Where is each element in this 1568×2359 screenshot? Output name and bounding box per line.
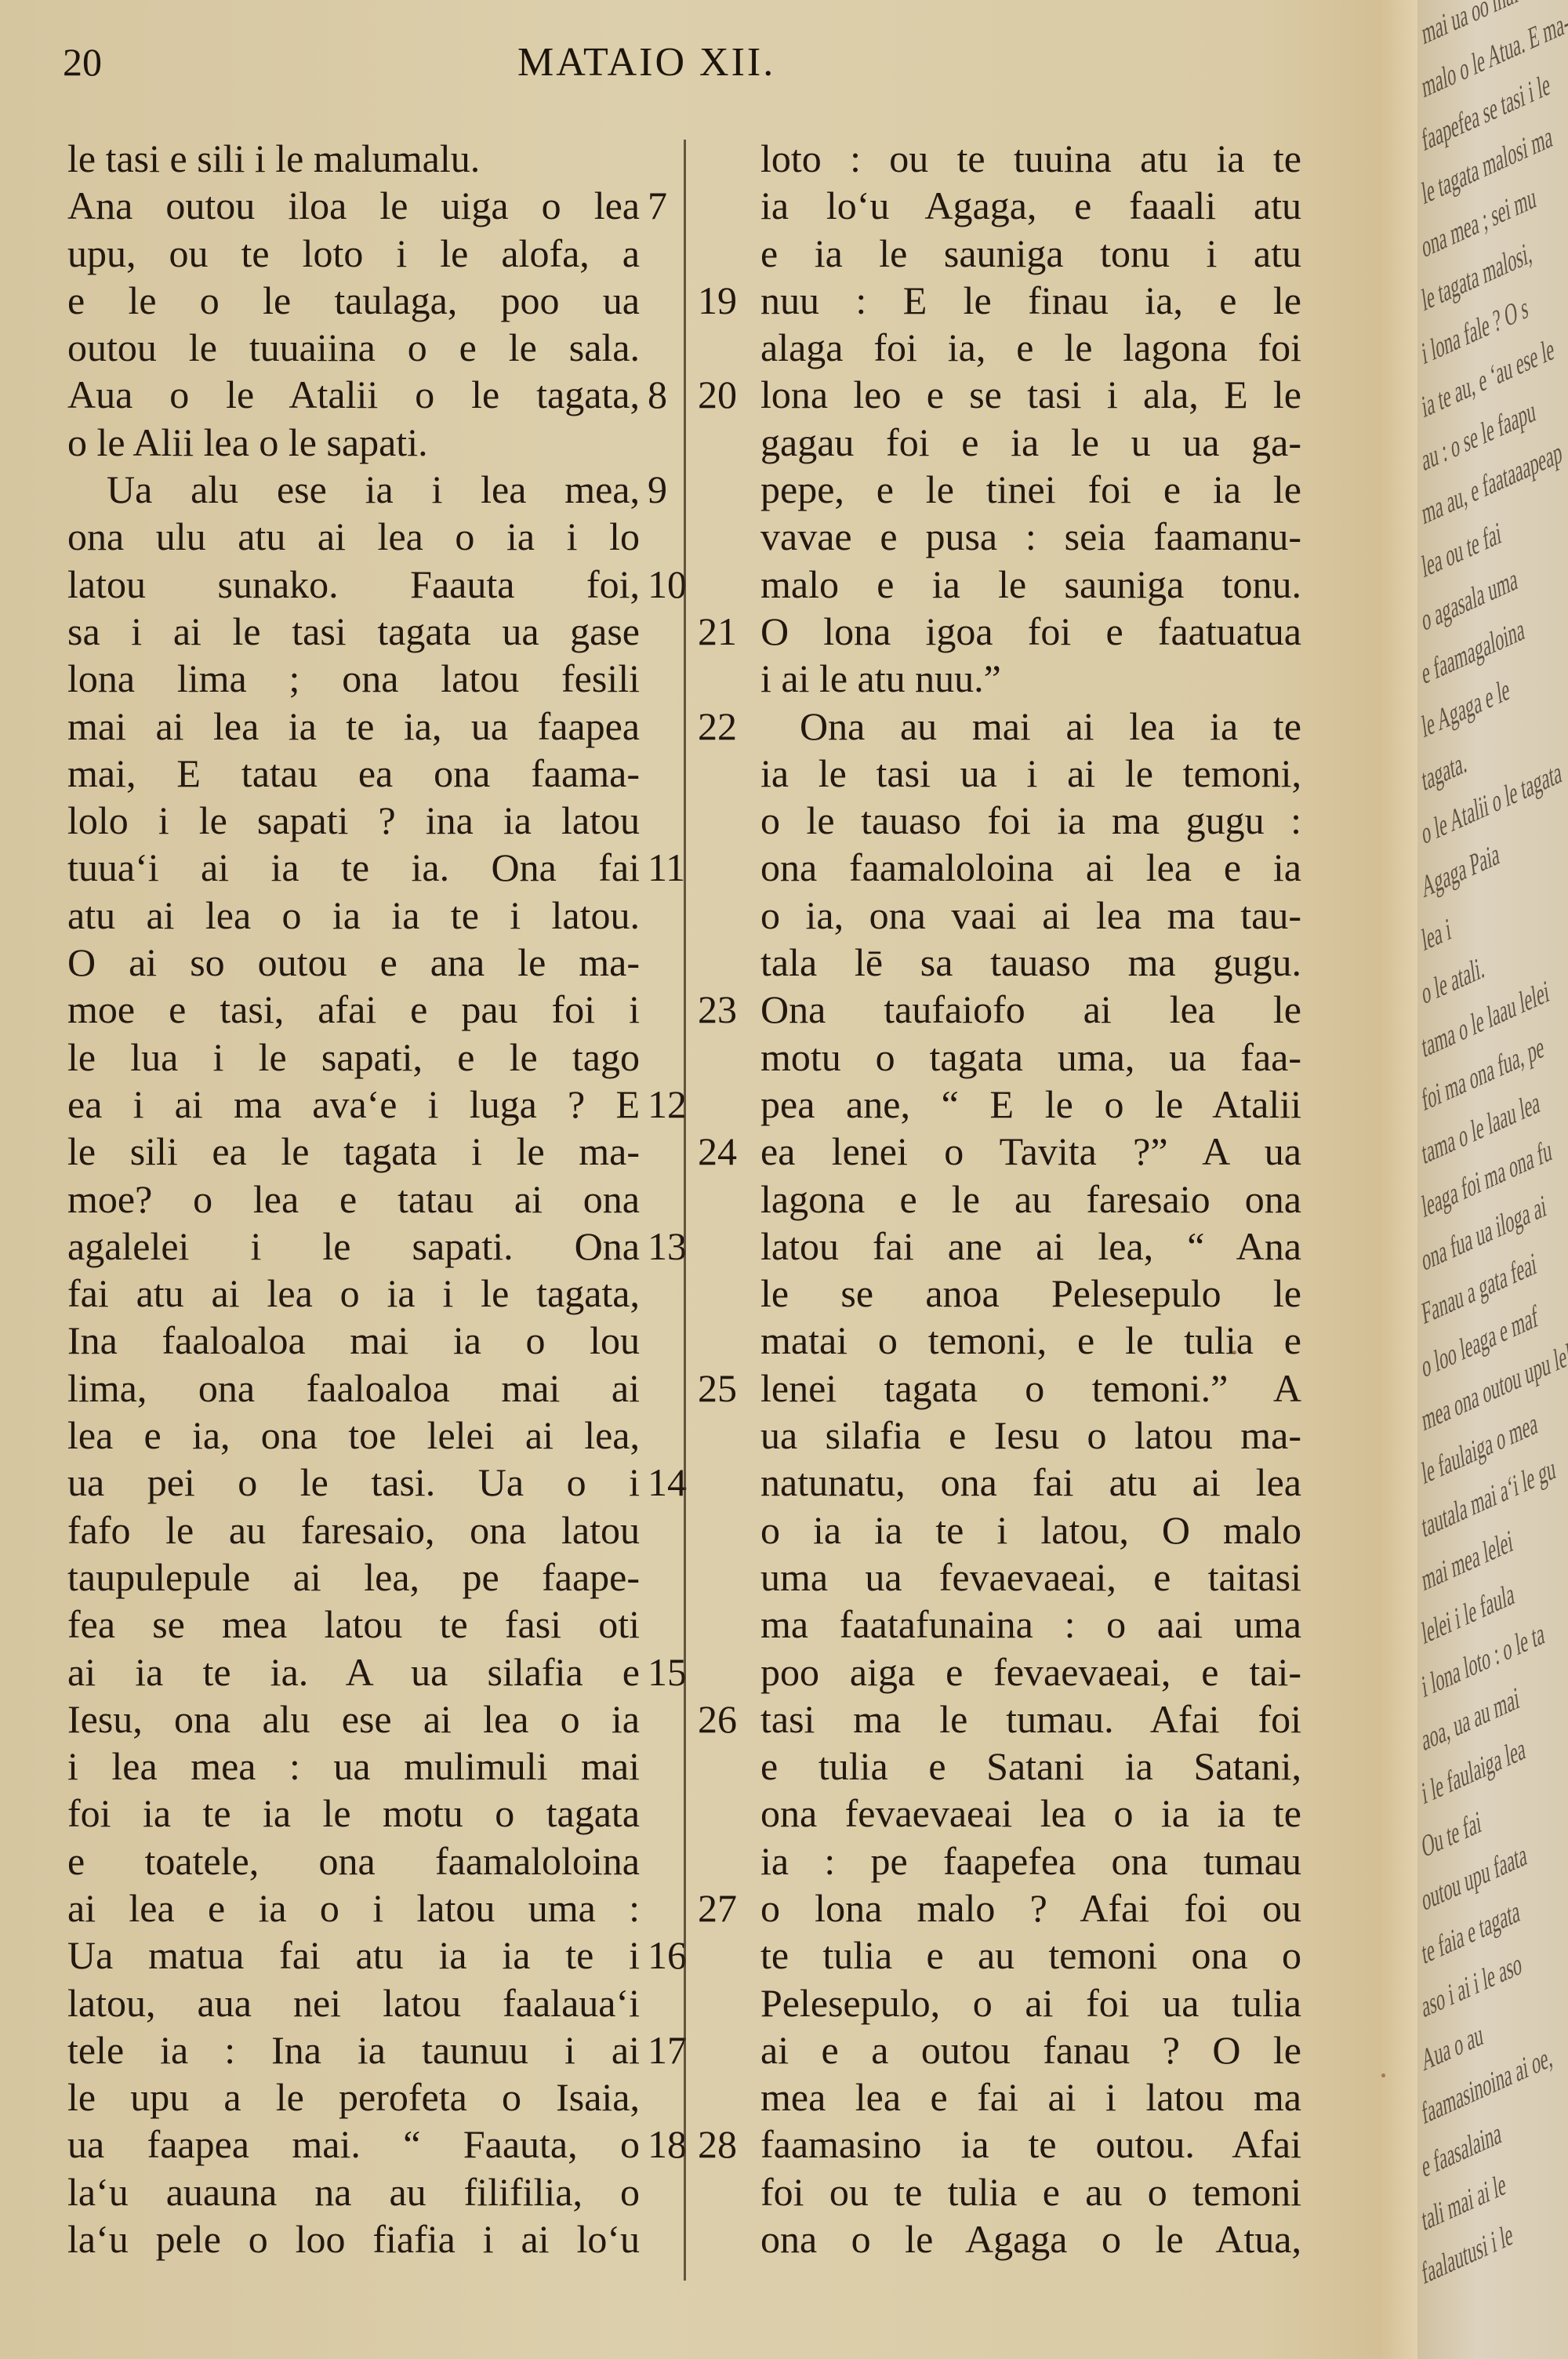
- scanned-page: 20 MATAIO XII. le tasi e sili i le malum…: [0, 0, 1568, 2359]
- line-text: tala lē sa tauaso ma gugu.: [760, 939, 1301, 986]
- text-line: le sili ea le tagata i le ma-: [67, 1128, 640, 1175]
- text-line: ia : pe faapefea ona tumau: [698, 1837, 1301, 1885]
- line-text: i lea mea : ua mulimuli mai: [67, 1743, 640, 1790]
- line-text: natunatu, ona fai atu ai lea: [760, 1459, 1301, 1506]
- text-line: ona ulu atu ai lea o ia i lo: [67, 513, 640, 560]
- text-line: loto : ou te tuuina atu ia te: [698, 135, 1301, 182]
- page-header: 20 MATAIO XII.: [63, 31, 1333, 94]
- line-text: malo e ia le sauniga tonu.: [760, 561, 1301, 608]
- text-line: ona o le Agaga o le Atua,: [698, 2215, 1301, 2263]
- line-text: fafo le au faresaio, ona latou: [67, 1507, 640, 1554]
- line-text: lagona e le au faresaio ona: [760, 1176, 1301, 1223]
- verse-number: 28: [698, 2121, 737, 2168]
- line-text: ia le tasi ua i ai le temoni,: [760, 750, 1301, 797]
- text-line: moe? o lea e tatau ai ona: [67, 1176, 640, 1223]
- line-text: le lua i le sapati, e le tago: [67, 1034, 640, 1081]
- line-text: e ia le sauniga tonu i atu: [760, 230, 1301, 277]
- verse-number: 13: [648, 1223, 687, 1270]
- line-text: pea ane, “ E le o le Atalii: [760, 1081, 1301, 1128]
- line-text: mai ai lea ia te ia, ua faapea: [67, 703, 640, 750]
- text-line: O ai so outou e ana le ma-: [67, 939, 640, 986]
- text-line: lona leo e se tasi i ala, E le20: [698, 371, 1301, 418]
- line-text: o le tauaso foi ia ma gugu :: [760, 797, 1301, 844]
- text-line: ona faamaloloina ai lea e ia: [698, 844, 1301, 891]
- verse-number: 18: [648, 2121, 687, 2168]
- line-text: pepe, e le tinei foi e ia le: [760, 466, 1301, 513]
- text-line: i ai le atu nuu.”: [698, 655, 1301, 702]
- line-text: le se anoa Pelesepulo le: [760, 1270, 1301, 1317]
- text-line: alaga foi ia, e le lagona foi: [698, 324, 1301, 371]
- verse-number: 21: [698, 608, 737, 655]
- facing-page-line: lea i: [1420, 910, 1453, 958]
- line-text: nuu : E le finau ia, e le: [760, 277, 1301, 324]
- text-line: le tasi e sili i le malumalu.: [67, 135, 640, 182]
- verse-number: 19: [698, 277, 737, 324]
- verse-number: 26: [698, 1696, 737, 1743]
- line-text: Ona au mai ai lea ia te: [760, 703, 1301, 750]
- line-text: outou le tuuaiina o e le sala.: [67, 324, 640, 371]
- line-text: la‘u pele o loo fiafia i ai lo‘u: [67, 2215, 640, 2263]
- text-line: la‘u pele o loo fiafia i ai lo‘u: [67, 2215, 640, 2263]
- text-line: fea se mea latou te fasi oti: [67, 1601, 640, 1648]
- line-text: o ia ia te i latou, O malo: [760, 1507, 1301, 1554]
- ink-speck: [1381, 2074, 1385, 2077]
- book-page: 20 MATAIO XII. le tasi e sili i le malum…: [0, 0, 1411, 2359]
- line-text: ona ulu atu ai lea o ia i lo: [67, 513, 640, 560]
- text-line: ai e a outou fanau ? O le: [698, 2026, 1301, 2074]
- text-line: tele ia : Ina ia taunuu i ai17: [67, 2026, 640, 2074]
- line-text: matai o temoni, e le tulia e: [760, 1317, 1301, 1364]
- text-line: le upu a le perofeta o Isaia,: [67, 2074, 640, 2121]
- text-line: la‘u auauna na au filifilia, o: [67, 2168, 640, 2215]
- line-text: foi ia te ia le motu o tagata: [67, 1790, 640, 1837]
- line-text: Pelesepulo, o ai foi ua tulia: [760, 1979, 1301, 2026]
- text-line: upu, ou te loto i le alofa, a: [67, 230, 640, 277]
- line-text: vavae e pusa : seia faamanu-: [760, 513, 1301, 560]
- line-text: ai e a outou fanau ? O le: [760, 2026, 1301, 2074]
- line-text: e tulia e Satani ia Satani,: [760, 1743, 1301, 1790]
- text-line: latou, aua nei latou faalaua‘i: [67, 1979, 640, 2026]
- line-text: o ia, ona vaai ai lea ma tau-: [760, 892, 1301, 939]
- text-line: nuu : E le finau ia, e le19: [698, 277, 1301, 324]
- line-text: ia lo‘u Agaga, e faaali atu: [760, 182, 1301, 229]
- line-text: sa i ai le tasi tagata ua gase: [67, 608, 640, 655]
- text-line: ona fevaevaeai lea o ia ia te: [698, 1790, 1301, 1837]
- text-line: uma ua fevaevaeai, e taitasi: [698, 1554, 1301, 1601]
- line-text: lima, ona faaloaloa mai ai: [67, 1365, 640, 1412]
- line-text: ea i ai ma ava‘e i luga ? E: [67, 1081, 640, 1128]
- page-number: 20: [63, 39, 102, 85]
- text-line: Ona au mai ai lea ia te22: [698, 703, 1301, 750]
- line-text: Ana outou iloa le uiga o lea: [67, 182, 640, 229]
- text-line: o le tauaso foi ia ma gugu :: [698, 797, 1301, 844]
- line-text: mea lea e fai ai i latou ma: [760, 2074, 1301, 2121]
- text-line: ai ia te ia. A ua silafia e15: [67, 1648, 640, 1696]
- verse-number: 20: [698, 371, 737, 418]
- line-text: loto : ou te tuuina atu ia te: [760, 135, 1301, 182]
- verse-number: 22: [698, 703, 737, 750]
- verse-number: 14: [648, 1459, 687, 1506]
- verse-number: 15: [648, 1648, 687, 1696]
- facing-page-line: Aua o au: [1420, 2016, 1485, 2079]
- line-text: Ona taufaiofo ai lea le: [760, 986, 1301, 1033]
- text-line: Ona taufaiofo ai lea le23: [698, 986, 1301, 1033]
- text-line: natunatu, ona fai atu ai lea: [698, 1459, 1301, 1506]
- verse-number: 25: [698, 1365, 737, 1412]
- verse-number: 11: [648, 844, 685, 891]
- text-line: e le o le taulaga, poo ua: [67, 277, 640, 324]
- text-line: e toatele, ona faamaloloina: [67, 1837, 640, 1885]
- line-text: alaga foi ia, e le lagona foi: [760, 324, 1301, 371]
- line-text: mai, E tatau ea ona faama-: [67, 750, 640, 797]
- verse-number: 16: [648, 1932, 687, 1979]
- text-line: mea lea e fai ai i latou ma: [698, 2074, 1301, 2121]
- text-line: Ua alu ese ia i lea mea,9: [67, 466, 640, 513]
- text-line: taupulepule ai lea, pe faape-: [67, 1554, 640, 1601]
- text-line: lona lima ; ona latou fesili: [67, 655, 640, 702]
- line-text: lona lima ; ona latou fesili: [67, 655, 640, 702]
- text-line: ea lenei o Tavita ?” A ua24: [698, 1128, 1301, 1175]
- line-text: latou fai ane ai lea, “ Ana: [760, 1223, 1301, 1270]
- text-line: tala lē sa tauaso ma gugu.: [698, 939, 1301, 986]
- text-line: ma faatafunaina : o aai uma: [698, 1601, 1301, 1648]
- text-line: Pelesepulo, o ai foi ua tulia: [698, 1979, 1301, 2026]
- line-text: ua faapea mai. “ Faauta, o: [67, 2121, 640, 2168]
- left-text-column: le tasi e sili i le malumalu.Ana outou i…: [67, 135, 640, 2263]
- line-text: ua pei o le tasi. Ua o i: [67, 1459, 640, 1506]
- line-text: agalelei i le sapati. Ona: [67, 1223, 640, 1270]
- text-line: atu ai lea o ia ia te i latou.: [67, 892, 640, 939]
- running-title: MATAIO XII.: [517, 39, 775, 85]
- text-line: pea ane, “ E le o le Atalii: [698, 1081, 1301, 1128]
- facing-page-edge: mai ua oo mai ia te oumalo o le Atua. E …: [1417, 0, 1568, 2359]
- text-line: e tulia e Satani ia Satani,: [698, 1743, 1301, 1790]
- verse-number: 24: [698, 1128, 737, 1175]
- text-line: le lua i le sapati, e le tago: [67, 1034, 640, 1081]
- text-line: latou fai ane ai lea, “ Ana: [698, 1223, 1301, 1270]
- line-text: lolo i le sapati ? ina ia latou: [67, 797, 640, 844]
- line-text: o le Alii lea o le sapati.: [67, 419, 640, 466]
- text-line: agalelei i le sapati. Ona13: [67, 1223, 640, 1270]
- line-text: ona o le Agaga o le Atua,: [760, 2215, 1301, 2263]
- text-line: ua faapea mai. “ Faauta, o18: [67, 2121, 640, 2168]
- text-line: lolo i le sapati ? ina ia latou: [67, 797, 640, 844]
- line-text: O lona igoa foi e faatuatua: [760, 608, 1301, 655]
- line-text: moe? o lea e tatau ai ona: [67, 1176, 640, 1223]
- text-line: vavae e pusa : seia faamanu-: [698, 513, 1301, 560]
- line-text: poo aiga e fevaevaeai, e tai-: [760, 1648, 1301, 1696]
- line-text: O ai so outou e ana le ma-: [67, 939, 640, 986]
- line-text: atu ai lea o ia ia te i latou.: [67, 892, 640, 939]
- verse-number: 9: [648, 466, 667, 513]
- line-text: moe e tasi, afai e pau foi i: [67, 986, 640, 1033]
- line-text: fea se mea latou te fasi oti: [67, 1601, 640, 1648]
- line-text: e le o le taulaga, poo ua: [67, 277, 640, 324]
- text-line: outou le tuuaiina o e le sala.: [67, 324, 640, 371]
- line-text: gagau foi e ia le u ua ga-: [760, 419, 1301, 466]
- verse-number: 27: [698, 1885, 737, 1932]
- text-line: o ia ia te i latou, O malo: [698, 1507, 1301, 1554]
- text-line: foi ia te ia le motu o tagata: [67, 1790, 640, 1837]
- text-line: ia lo‘u Agaga, e faaali atu: [698, 182, 1301, 229]
- line-text: ona fevaevaeai lea o ia ia te: [760, 1790, 1301, 1837]
- line-text: le sili ea le tagata i le ma-: [67, 1128, 640, 1175]
- line-text: fai atu ai lea o ia i le tagata,: [67, 1270, 640, 1317]
- text-line: tuua‘i ai ia te ia. Ona fai11: [67, 844, 640, 891]
- line-text: ma faatafunaina : o aai uma: [760, 1601, 1301, 1648]
- text-line: ea i ai ma ava‘e i luga ? E12: [67, 1081, 640, 1128]
- text-line: ai lea e ia o i latou uma :: [67, 1885, 640, 1932]
- line-text: upu, ou te loto i le alofa, a: [67, 230, 640, 277]
- line-text: ia : pe faapefea ona tumau: [760, 1837, 1301, 1885]
- line-text: motu o tagata uma, ua faa-: [760, 1034, 1301, 1081]
- text-line: lima, ona faaloaloa mai ai: [67, 1365, 640, 1412]
- text-line: mai ai lea ia te ia, ua faapea: [67, 703, 640, 750]
- line-text: latou, aua nei latou faalaua‘i: [67, 1979, 640, 2026]
- facing-page-line: o le atali.: [1420, 948, 1486, 1012]
- line-text: o lona malo ? Afai foi ou: [760, 1885, 1301, 1932]
- text-line: malo e ia le sauniga tonu.: [698, 561, 1301, 608]
- text-line: pepe, e le tinei foi e ia le: [698, 466, 1301, 513]
- verse-number: 17: [648, 2026, 687, 2074]
- line-text: lea e ia, ona toe lelei ai lea,: [67, 1412, 640, 1459]
- text-line: foi ou te tulia e au o temoni: [698, 2168, 1301, 2215]
- text-line: moe e tasi, afai e pau foi i: [67, 986, 640, 1033]
- text-line: i lea mea : ua mulimuli mai: [67, 1743, 640, 1790]
- text-line: te tulia e au temoni ona o: [698, 1932, 1301, 1979]
- verse-number: 7: [648, 182, 667, 229]
- column-divider: [684, 140, 686, 2281]
- ink-speck: [1232, 1350, 1236, 1354]
- facing-page-line: Ou te fai: [1420, 1803, 1483, 1865]
- line-text: Ua alu ese ia i lea mea,: [67, 466, 640, 513]
- text-line: lea e ia, ona toe lelei ai lea,: [67, 1412, 640, 1459]
- text-line: gagau foi e ia le u ua ga-: [698, 419, 1301, 466]
- line-text: Aua o le Atalii o le tagata,: [67, 371, 640, 418]
- verse-number: 8: [648, 371, 667, 418]
- text-line: lagona e le au faresaio ona: [698, 1176, 1301, 1223]
- text-line: O lona igoa foi e faatuatua21: [698, 608, 1301, 655]
- text-line: matai o temoni, e le tulia e: [698, 1317, 1301, 1364]
- text-line: lenei tagata o temoni.” A25: [698, 1365, 1301, 1412]
- text-line: ua silafia e Iesu o latou ma-: [698, 1412, 1301, 1459]
- verse-number: 10: [648, 561, 687, 608]
- line-text: ai ia te ia. A ua silafia e: [67, 1648, 640, 1696]
- line-text: Ina faaloaloa mai ia o lou: [67, 1317, 640, 1364]
- text-line: sa i ai le tasi tagata ua gase: [67, 608, 640, 655]
- text-line: fafo le au faresaio, ona latou: [67, 1507, 640, 1554]
- text-line: ua pei o le tasi. Ua o i14: [67, 1459, 640, 1506]
- line-text: te tulia e au temoni ona o: [760, 1932, 1301, 1979]
- text-line: ia le tasi ua i ai le temoni,: [698, 750, 1301, 797]
- line-text: foi ou te tulia e au o temoni: [760, 2168, 1301, 2215]
- text-line: motu o tagata uma, ua faa-: [698, 1034, 1301, 1081]
- text-line: latou sunako. Faauta foi,10: [67, 561, 640, 608]
- text-line: mai, E tatau ea ona faama-: [67, 750, 640, 797]
- line-text: Iesu, ona alu ese ai lea o ia: [67, 1696, 640, 1743]
- text-line: Iesu, ona alu ese ai lea o ia: [67, 1696, 640, 1743]
- text-line: faamasino ia te outou. Afai28: [698, 2121, 1301, 2168]
- facing-page-line: tagata.: [1420, 743, 1469, 798]
- verse-number: 23: [698, 986, 737, 1033]
- line-text: i ai le atu nuu.”: [760, 655, 1301, 702]
- text-line: e ia le sauniga tonu i atu: [698, 230, 1301, 277]
- line-text: ea lenei o Tavita ?” A ua: [760, 1128, 1301, 1175]
- line-text: ua silafia e Iesu o latou ma-: [760, 1412, 1301, 1459]
- text-line: o lona malo ? Afai foi ou27: [698, 1885, 1301, 1932]
- line-text: tasi ma le tumau. Afai foi: [760, 1696, 1301, 1743]
- right-text-column: loto : ou te tuuina atu ia teia lo‘u Aga…: [698, 135, 1301, 2263]
- text-line: tasi ma le tumau. Afai foi26: [698, 1696, 1301, 1743]
- line-text: la‘u auauna na au filifilia, o: [67, 2168, 640, 2215]
- text-line: Ua matua fai atu ia ia te i16: [67, 1932, 640, 1979]
- line-text: uma ua fevaevaeai, e taitasi: [760, 1554, 1301, 1601]
- text-line: Ana outou iloa le uiga o lea7: [67, 182, 640, 229]
- line-text: ai lea e ia o i latou uma :: [67, 1885, 640, 1932]
- line-text: tuua‘i ai ia te ia. Ona fai: [67, 844, 640, 891]
- line-text: e toatele, ona faamaloloina: [67, 1837, 640, 1885]
- text-line: le se anoa Pelesepulo le: [698, 1270, 1301, 1317]
- text-line: Ina faaloaloa mai ia o lou: [67, 1317, 640, 1364]
- text-line: o ia, ona vaai ai lea ma tau-: [698, 892, 1301, 939]
- line-text: taupulepule ai lea, pe faape-: [67, 1554, 640, 1601]
- line-text: Ua matua fai atu ia ia te i: [67, 1932, 640, 1979]
- text-line: fai atu ai lea o ia i le tagata,: [67, 1270, 640, 1317]
- line-text: ona faamaloloina ai lea e ia: [760, 844, 1301, 891]
- line-text: le upu a le perofeta o Isaia,: [67, 2074, 640, 2121]
- line-text: latou sunako. Faauta foi,: [67, 561, 640, 608]
- line-text: lenei tagata o temoni.” A: [760, 1365, 1301, 1412]
- text-line: Aua o le Atalii o le tagata,8: [67, 371, 640, 418]
- line-text: le tasi e sili i le malumalu.: [67, 135, 640, 182]
- line-text: lona leo e se tasi i ala, E le: [760, 371, 1301, 418]
- line-text: tele ia : Ina ia taunuu i ai: [67, 2026, 640, 2074]
- text-line: poo aiga e fevaevaeai, e tai-: [698, 1648, 1301, 1696]
- verse-number: 12: [648, 1081, 687, 1128]
- text-line: o le Alii lea o le sapati.: [67, 419, 640, 466]
- line-text: faamasino ia te outou. Afai: [760, 2121, 1301, 2168]
